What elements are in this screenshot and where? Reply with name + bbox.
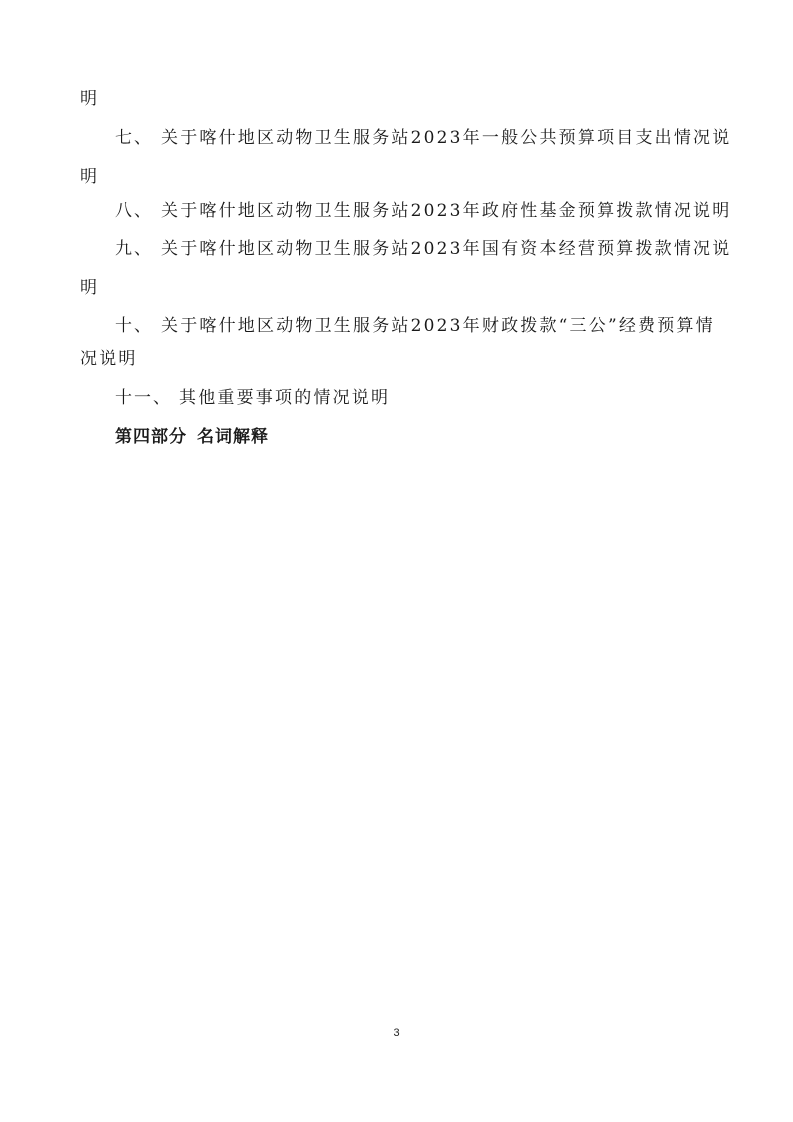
toc-number: 八、	[115, 200, 161, 222]
toc-line-continuation: 明	[80, 166, 708, 188]
section-part: 第四部分	[115, 427, 187, 447]
toc-number: 十、	[115, 315, 161, 337]
toc-text: 其他重要事项的情况说明	[179, 388, 390, 408]
toc-item-8: 八、关于喀什地区动物卫生服务站2023年政府性基金预算拨款情况说明	[115, 200, 708, 222]
toc-number: 十一、	[115, 387, 179, 409]
toc-text: 关于喀什地区动物卫生服务站2023年国有资本经营预算拨款情况说	[161, 239, 731, 259]
toc-number: 九、	[115, 238, 161, 260]
toc-number: 七、	[115, 127, 161, 149]
toc-line-continuation: 明	[80, 277, 708, 299]
toc-line-continuation: 明	[80, 88, 708, 110]
document-page: 明 七、关于喀什地区动物卫生服务站2023年一般公共预算项目支出情况说 明 八、…	[0, 0, 793, 1122]
toc-text: 关于喀什地区动物卫生服务站2023年财政拨款“三公”经费预算情	[161, 316, 715, 336]
toc-line-continuation: 况说明	[80, 348, 708, 370]
toc-item-11: 十一、其他重要事项的情况说明	[115, 387, 708, 409]
toc-item-10: 十、关于喀什地区动物卫生服务站2023年财政拨款“三公”经费预算情	[115, 315, 708, 337]
toc-text: 明	[80, 167, 99, 187]
toc-item-9: 九、关于喀什地区动物卫生服务站2023年国有资本经营预算拨款情况说	[115, 238, 708, 260]
section-title: 名词解释	[197, 427, 269, 447]
toc-text: 况说明	[80, 349, 138, 369]
toc-item-7: 七、关于喀什地区动物卫生服务站2023年一般公共预算项目支出情况说	[115, 127, 708, 149]
toc-text: 明	[80, 89, 99, 109]
page-number: 3	[0, 1027, 793, 1039]
toc-text: 关于喀什地区动物卫生服务站2023年政府性基金预算拨款情况说明	[161, 201, 731, 221]
toc-text: 关于喀什地区动物卫生服务站2023年一般公共预算项目支出情况说	[161, 128, 731, 148]
toc-text: 明	[80, 278, 99, 298]
section-heading: 第四部分名词解释	[115, 426, 269, 448]
